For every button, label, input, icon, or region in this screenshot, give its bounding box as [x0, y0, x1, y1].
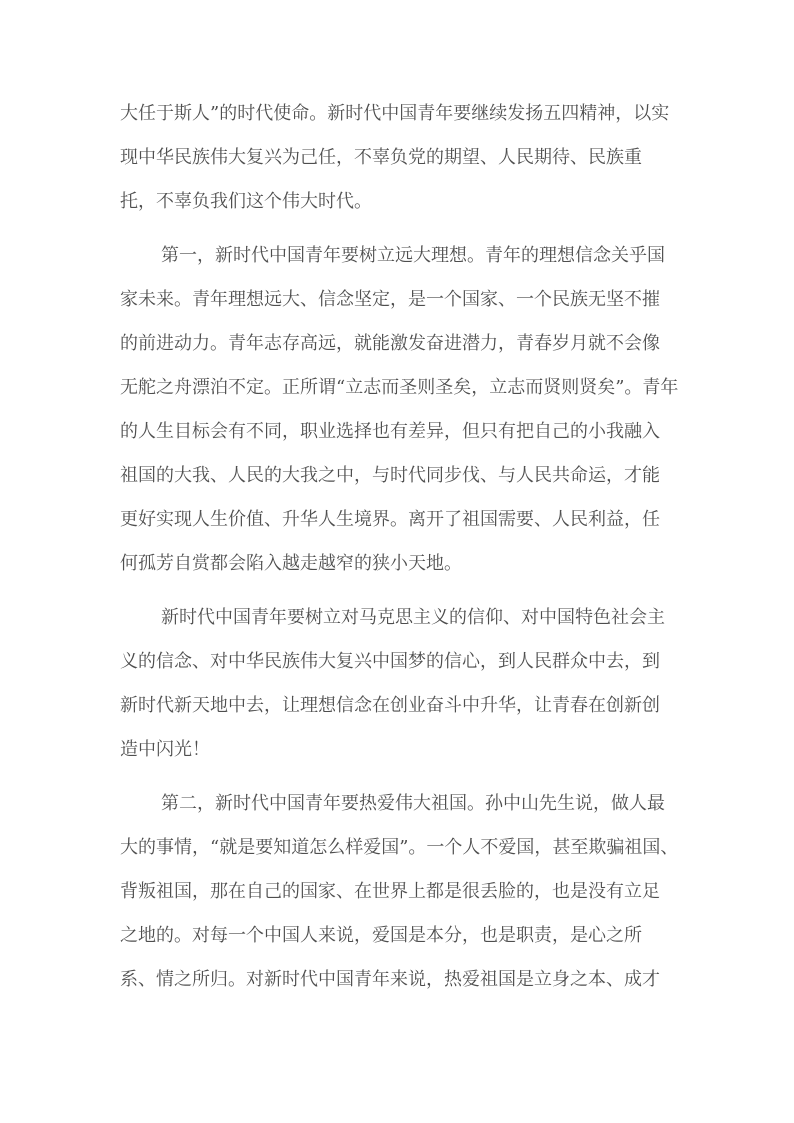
text-line: 新时代中国青年要树立对马克思主义的信仰、对中国特色社会主: [120, 596, 680, 640]
text-line: 托，不辜负我们这个伟大时代。: [120, 180, 680, 224]
text-line: 之地的。对每一个中国人来说，爱国是本分，也是职责，是心之所: [120, 914, 680, 958]
text-line: 无舵之舟漂泊不定。正所谓“立志而圣则圣矣，立志而贤则贤矣”。青年: [120, 366, 680, 410]
text-line: 新时代新天地中去，让理想信念在创业奋斗中升华，让青春在创新创: [120, 684, 680, 728]
text-line: 第二，新时代中国青年要热爱伟大祖国。孙中山先生说，做人最: [120, 782, 680, 826]
paragraph: 第二，新时代中国青年要热爱伟大祖国。孙中山先生说，做人最大的事情，“就是要知道怎…: [120, 782, 680, 1002]
text-line: 家未来。青年理想远大、信念坚定，是一个国家、一个民族无坚不摧: [120, 278, 680, 322]
text-line: 的前进动力。青年志存高远，就能激发奋进潜力，青春岁月就不会像: [120, 322, 680, 366]
text-line: 大任于斯人”的时代使命。新时代中国青年要继续发扬五四精神，以实: [120, 92, 680, 136]
text-line: 大的事情，“就是要知道怎么样爱国”。一个人不爱国，甚至欺骗祖国、: [120, 826, 680, 870]
text-line: 现中华民族伟大复兴为己任，不辜负党的期望、人民期待、民族重: [120, 136, 680, 180]
text-line: 更好实现人生价值、升华人生境界。离开了祖国需要、人民利益，任: [120, 498, 680, 542]
text-line: 义的信念、对中华民族伟大复兴中国梦的信心，到人民群众中去，到: [120, 640, 680, 684]
text-line: 系、情之所归。对新时代中国青年来说，热爱祖国是立身之本、成才: [120, 958, 680, 1002]
document-page: 大任于斯人”的时代使命。新时代中国青年要继续发扬五四精神，以实现中华民族伟大复兴…: [0, 0, 794, 1123]
document-body: 大任于斯人”的时代使命。新时代中国青年要继续发扬五四精神，以实现中华民族伟大复兴…: [120, 92, 680, 1012]
paragraph: 新时代中国青年要树立对马克思主义的信仰、对中国特色社会主义的信念、对中华民族伟大…: [120, 596, 680, 772]
paragraph: 大任于斯人”的时代使命。新时代中国青年要继续发扬五四精神，以实现中华民族伟大复兴…: [120, 92, 680, 224]
text-line: 造中闪光！: [120, 728, 680, 772]
text-line: 祖国的大我、人民的大我之中，与时代同步伐、与人民共命运，才能: [120, 454, 680, 498]
text-line: 第一，新时代中国青年要树立远大理想。青年的理想信念关乎国: [120, 234, 680, 278]
text-line: 何孤芳自赏都会陷入越走越窄的狭小天地。: [120, 542, 680, 586]
text-line: 的人生目标会有不同，职业选择也有差异，但只有把自己的小我融入: [120, 410, 680, 454]
text-line: 背叛祖国，那在自己的国家、在世界上都是很丢脸的，也是没有立足: [120, 870, 680, 914]
paragraph: 第一，新时代中国青年要树立远大理想。青年的理想信念关乎国家未来。青年理想远大、信…: [120, 234, 680, 586]
